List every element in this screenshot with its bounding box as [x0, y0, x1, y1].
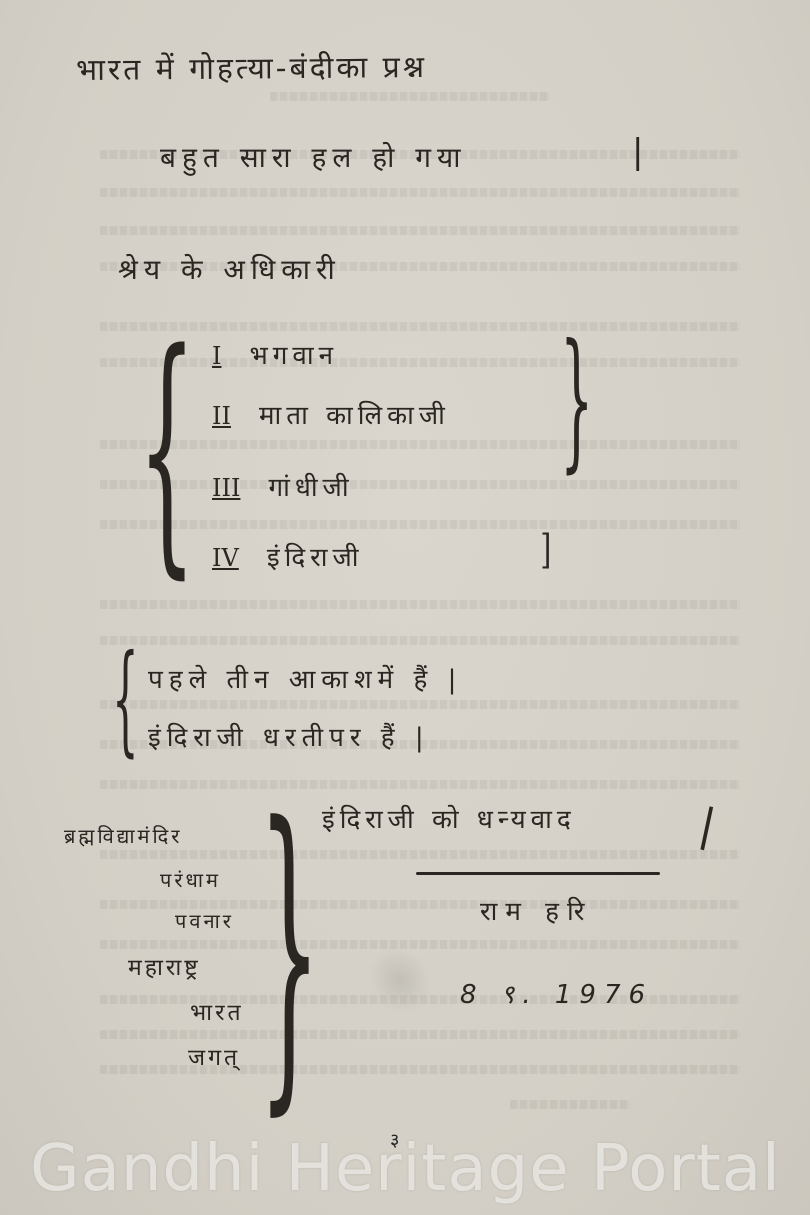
bleed-through-text — [100, 1030, 740, 1039]
closing-bracket: ] — [540, 530, 551, 570]
watermark: Gandhi Heritage Portal — [30, 1132, 790, 1206]
bleed-through-text — [100, 780, 740, 789]
danda-mark: | — [632, 132, 643, 172]
danda-mark: | — [695, 799, 720, 852]
credit-name: माता कालिकाजी — [259, 401, 450, 431]
statement-1: पहले तीन आकाशमें हैं | — [148, 660, 462, 696]
bleed-through-text — [100, 600, 740, 609]
date: 8 ९. 1976 — [460, 975, 653, 1011]
credit-item: IIमाता कालिकाजी — [212, 396, 450, 432]
thanks-line: इंदिराजी को धन्यवाद — [322, 800, 576, 836]
address-line: भारत — [190, 995, 244, 1027]
bleed-through-text — [100, 440, 740, 449]
bleed-through-text — [100, 520, 740, 529]
roman-numeral: II — [212, 402, 231, 430]
credit-item: IVइंदिराजी — [212, 538, 364, 574]
bleed-through-text — [100, 188, 740, 197]
bleed-through-text — [100, 480, 740, 489]
document-page: भारत में गोहत्या-बंदीका प्रश्न बहुत सारा… — [0, 0, 810, 1215]
roman-numeral: III — [212, 474, 240, 502]
heading-line-1: भारत में गोहत्या-बंदीका प्रश्न — [76, 45, 427, 89]
bleed-through-text — [100, 940, 740, 949]
credit-item: IIIगांधीजी — [212, 468, 354, 504]
roman-numeral: I — [212, 342, 221, 370]
right-brace: } — [560, 325, 593, 475]
address-line: महाराष्ट्र — [128, 950, 201, 982]
address-line: ब्रह्मविद्यामंदिर — [64, 822, 182, 849]
danda-mark: | — [415, 723, 430, 753]
bleed-through-text — [270, 92, 550, 101]
signature: राम हरि — [480, 892, 592, 928]
bleed-through-text — [100, 358, 740, 367]
address-line: जगत् — [188, 1040, 240, 1072]
bleed-through-text — [100, 700, 740, 709]
roman-numeral: IV — [212, 544, 239, 572]
address-line: पवनार — [175, 907, 234, 934]
credit-name: इंदिराजी — [267, 543, 364, 573]
credit-name: भगवान — [249, 341, 338, 371]
credit-title: श्रेय के अधिकारी — [118, 250, 341, 288]
left-brace: { — [138, 320, 196, 580]
danda-mark: | — [448, 665, 463, 695]
heading-line-2: बहुत सारा हल हो गया — [160, 138, 467, 176]
bleed-through-text — [100, 850, 740, 859]
signature-underline — [416, 872, 660, 875]
statement-2: इंदिराजी धरतीपर हैं | — [148, 718, 430, 754]
bleed-through-text — [100, 226, 740, 235]
statement-brace: { — [112, 640, 139, 760]
bleed-through-text — [510, 1100, 630, 1109]
address-brace: } — [258, 785, 321, 1115]
credit-name: गांधीजी — [268, 473, 353, 503]
credit-item: Iभगवान — [212, 336, 338, 372]
bleed-through-text — [100, 322, 740, 331]
address-line: परंधाम — [160, 866, 221, 893]
bleed-through-text — [100, 636, 740, 645]
